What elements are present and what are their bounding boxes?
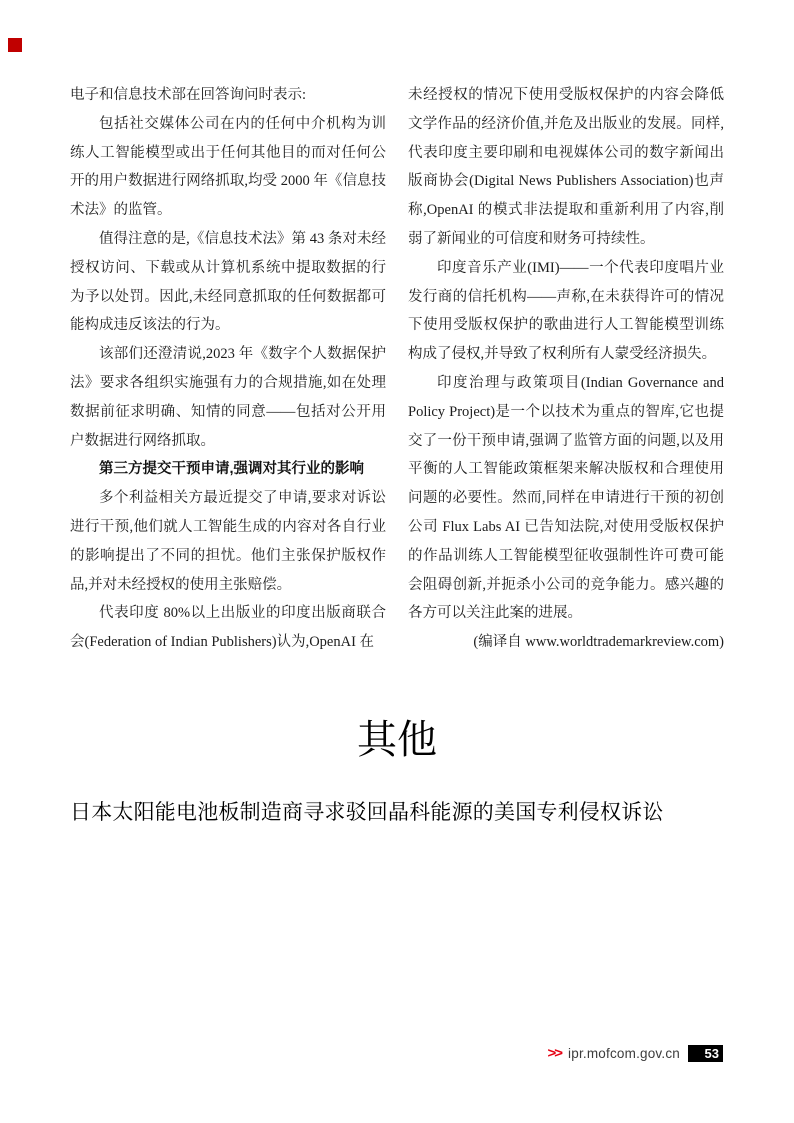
paragraph: 该部们还澄清说,2023 年《数字个人数据保护法》要求各组织实施强有力的合规措施… <box>70 340 386 455</box>
red-corner-marker <box>8 38 22 52</box>
page-number-badge: 53 <box>688 1045 723 1062</box>
footer-site-url: ipr.mofcom.gov.cn <box>568 1047 680 1061</box>
paragraph: 印度音乐产业(IMI)——一个代表印度唱片业发行商的信托机构——声称,在未获得许… <box>408 254 724 369</box>
section-subheading: 第三方提交干预申请,强调对其行业的影响 <box>70 455 386 484</box>
text-column-left: 电子和信息技术部在回答询问时表示: 包括社交媒体公司在内的任何中介机构为训练人工… <box>70 81 386 657</box>
paragraph: 未经授权的情况下使用受版权保护的内容会降低文学作品的经济价值,并危及出版业的发展… <box>408 81 724 254</box>
document-page: 电子和信息技术部在回答询问时表示: 包括社交媒体公司在内的任何中介机构为训练人工… <box>0 0 794 1123</box>
paragraph: 值得注意的是,《信息技术法》第 43 条对未经授权访问、下载或从计算机系统中提取… <box>70 225 386 340</box>
paragraph: 包括社交媒体公司在内的任何中介机构为训练人工智能模型或出于任何其他目的而对任何公… <box>70 110 386 225</box>
source-attribution: (编译自 www.worldtrademarkreview.com) <box>408 628 724 657</box>
section-title: 其他 <box>0 718 794 762</box>
paragraph: 代表印度 80%以上出版业的印度出版商联合会(Federation of Ind… <box>70 599 386 657</box>
paragraph: 电子和信息技术部在回答询问时表示: <box>70 81 386 110</box>
text-column-right: 未经授权的情况下使用受版权保护的内容会降低文学作品的经济价值,并危及出版业的发展… <box>408 81 724 657</box>
paragraph: 多个利益相关方最近提交了申请,要求对诉讼进行干预,他们就人工智能生成的内容对各自… <box>70 484 386 599</box>
article-headline: 日本太阳能电池板制造商寻求驳回晶科能源的美国专利侵权诉讼 <box>70 799 730 827</box>
double-chevron-right-icon: >> <box>548 1047 562 1061</box>
paragraph: 印度治理与政策项目(Indian Governance and Policy P… <box>408 369 724 628</box>
page-footer: >> ipr.mofcom.gov.cn 53 <box>0 1045 723 1062</box>
